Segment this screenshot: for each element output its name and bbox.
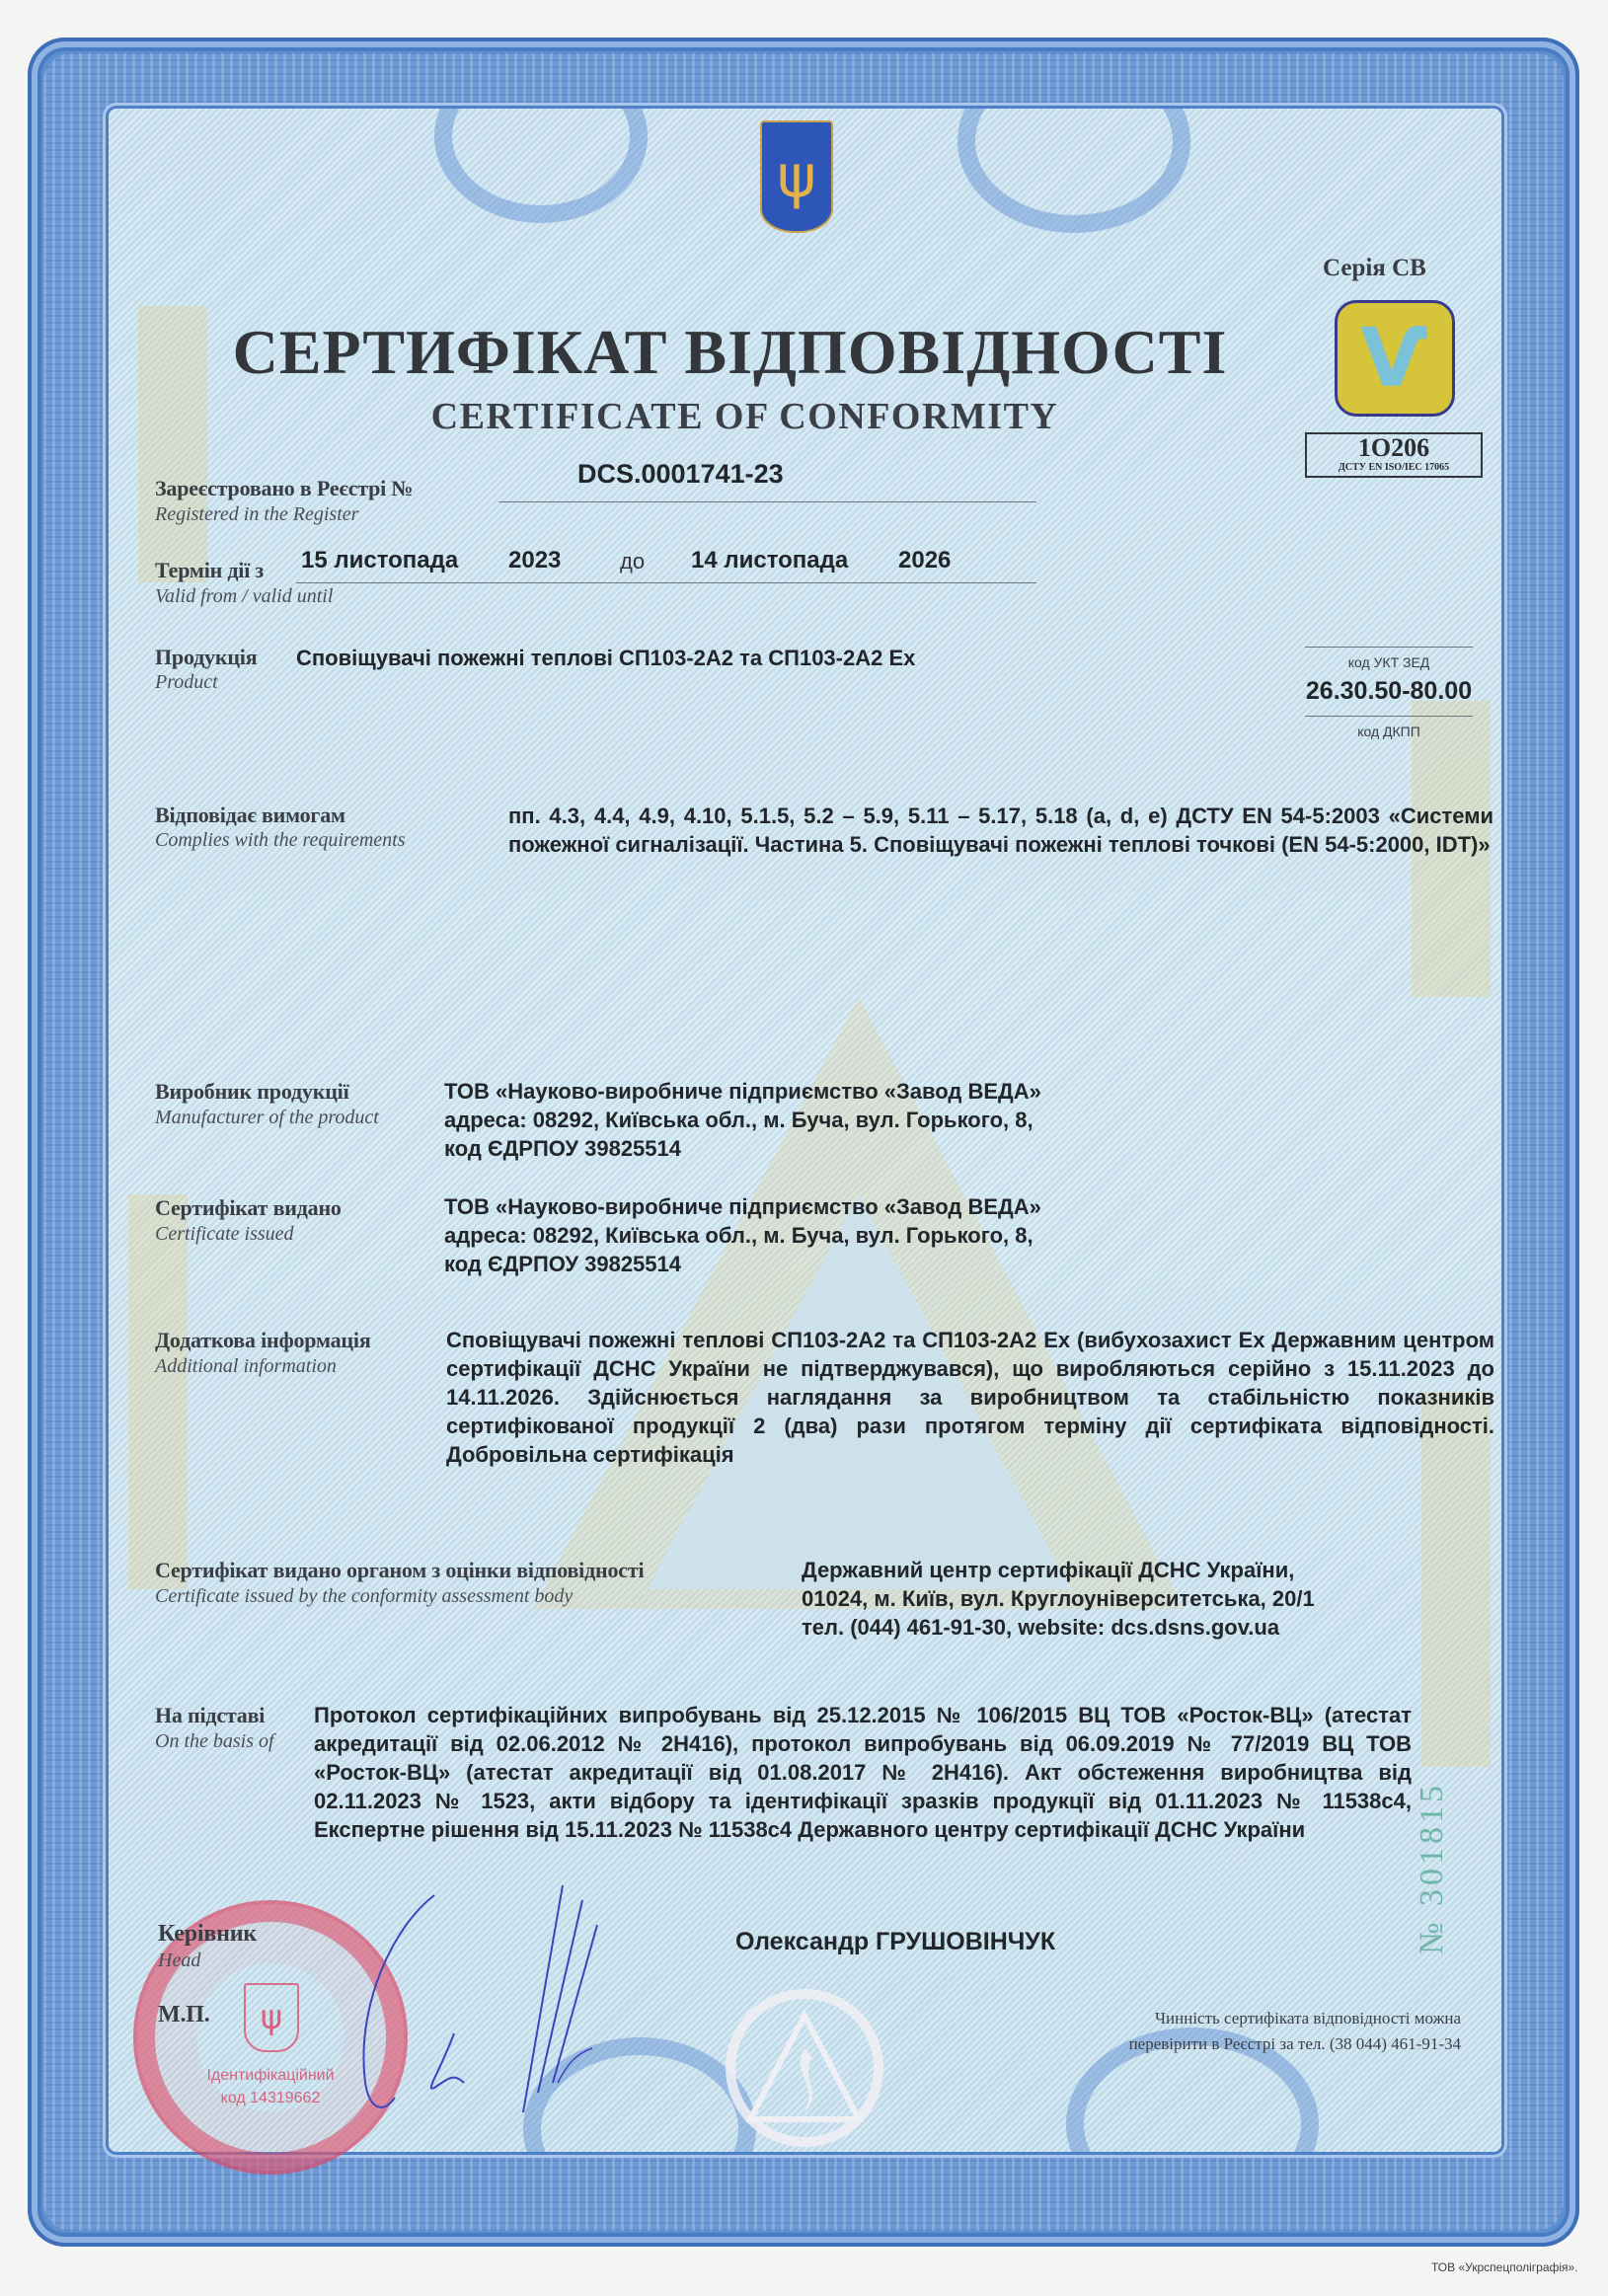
- issuing-body-label: Сертифікат видано органом з оцінки відпо…: [155, 1558, 644, 1583]
- issuing-body-label-en: Certificate issued by the conformity ass…: [155, 1585, 573, 1608]
- additional-info-label-en: Additional information: [155, 1355, 337, 1378]
- additional-info-label: Додаткова інформація: [155, 1328, 371, 1353]
- signatory-name: Олександр ГРУШОВІНЧУК: [735, 1928, 1055, 1956]
- basis-label-en: On the basis of: [155, 1730, 274, 1753]
- product-label: Продукція: [155, 645, 257, 670]
- ukraine-trident-icon: ψ: [760, 120, 833, 233]
- manufacturer-line: ТОВ «Науково-виробниче підприємство «Зав…: [444, 1077, 1041, 1106]
- manufacturer-label-en: Manufacturer of the product: [155, 1107, 379, 1129]
- basis-value: Протокол сертифікаційних випробувань від…: [314, 1701, 1412, 1844]
- valid-until-year: 2026: [898, 546, 951, 574]
- serial-number: № 301815: [1414, 1782, 1451, 1954]
- accreditation-standard: ДСТУ EN ISO/IEC 17065: [1307, 462, 1481, 476]
- top-scroll-ornament: [957, 109, 1190, 233]
- registration-label: Зареєстровано в Реєстрі №: [155, 476, 413, 501]
- ukrsepro-mark-icon: Ѵ: [1335, 300, 1455, 417]
- manufacturer-line: адреса: 08292, Київська обл., м. Буча, в…: [444, 1106, 1041, 1134]
- registration-label-en: Registered in the Register: [155, 503, 358, 526]
- requirements-value: пп. 4.3, 4.4, 4.9, 4.10, 5.1.5, 5.2 – 5.…: [508, 802, 1493, 859]
- divider: [1305, 716, 1473, 717]
- verification-note-line: перевірити в Реєстрі за тел. (38 044) 46…: [1046, 2031, 1461, 2057]
- stamp-trident-icon: ψ: [244, 1983, 299, 2052]
- validity-label: Термін дії з: [155, 558, 264, 583]
- divider: [1305, 647, 1473, 648]
- handwritten-signature: [326, 1885, 602, 2112]
- head-label: Керівник: [158, 1921, 257, 1948]
- product-value: Сповіщувачі пожежні теплові СП103-2А2 та…: [296, 644, 915, 672]
- additional-info-value: Сповіщувачі пожежні теплові СП103-2А2 та…: [446, 1326, 1494, 1469]
- accreditation-number: 1O206: [1307, 434, 1481, 462]
- validity-separator: до: [620, 549, 645, 574]
- seal-label: М.П.: [158, 2002, 210, 2028]
- top-scroll-ornament: [434, 109, 648, 223]
- issued-to-label: Сертифікат видано: [155, 1195, 342, 1221]
- issuing-body-line: Державний центр сертифікації ДСНС Україн…: [802, 1556, 1315, 1584]
- valid-from-date: 15 листопада: [301, 546, 458, 574]
- code-dkpp-label: код ДКПП: [1305, 724, 1473, 739]
- product-label-en: Product: [155, 671, 218, 694]
- series-label: Серія CB: [1323, 255, 1426, 282]
- verification-note-line: Чинність сертифіката відповідності можна: [1046, 2006, 1461, 2031]
- background-pattern: [128, 1194, 188, 1589]
- registration-number: DCS.0001741-23: [577, 460, 784, 489]
- issuing-body-line: тел. (044) 461-91-30, website: dcs.dsns.…: [802, 1613, 1315, 1642]
- manufacturer-line: код ЄДРПОУ 39825514: [444, 1134, 1041, 1163]
- product-code: 26.30.50-80.00: [1305, 677, 1473, 706]
- valid-from-year: 2023: [508, 546, 561, 574]
- hologram-emblem: [726, 1989, 883, 2147]
- product-code-box: код УКТ ЗЕД 26.30.50-80.00 код ДКПП: [1305, 647, 1473, 746]
- issued-to-line: адреса: 08292, Київська обл., м. Буча, в…: [444, 1221, 1041, 1250]
- issued-to-value: ТОВ «Науково-виробниче підприємство «Зав…: [444, 1192, 1041, 1278]
- issued-to-line: ТОВ «Науково-виробниче підприємство «Зав…: [444, 1192, 1041, 1221]
- issuing-body-value: Державний центр сертифікації ДСНС Україн…: [802, 1556, 1315, 1642]
- validity-label-en: Valid from / valid until: [155, 585, 333, 608]
- basis-label: На підставі: [155, 1703, 265, 1728]
- issued-to-line: код ЄДРПОУ 39825514: [444, 1250, 1041, 1278]
- code-uktzed-label: код УКТ ЗЕД: [1305, 654, 1473, 670]
- head-label-en: Head: [158, 1950, 200, 1972]
- fire-triangle-icon: [735, 1999, 893, 2157]
- requirements-label-en: Complies with the requirements: [155, 829, 406, 852]
- verification-note: Чинність сертифіката відповідності можна…: [1046, 2006, 1461, 2057]
- validity-underline: [296, 582, 1036, 583]
- registration-underline: [498, 501, 1036, 502]
- manufacturer-label: Виробник продукції: [155, 1079, 349, 1105]
- manufacturer-value: ТОВ «Науково-виробниче підприємство «Зав…: [444, 1077, 1041, 1163]
- accreditation-box: 1O206 ДСТУ EN ISO/IEC 17065: [1305, 432, 1483, 478]
- valid-until-date: 14 листопада: [691, 546, 848, 574]
- issued-to-label-en: Certificate issued: [155, 1223, 294, 1246]
- printer-credit: ТОВ «Укрспецполіграфія».: [1431, 2260, 1578, 2274]
- requirements-label: Відповідає вимогам: [155, 803, 345, 828]
- issuing-body-line: 01024, м. Київ, вул. Круглоуніверситетсь…: [802, 1584, 1315, 1613]
